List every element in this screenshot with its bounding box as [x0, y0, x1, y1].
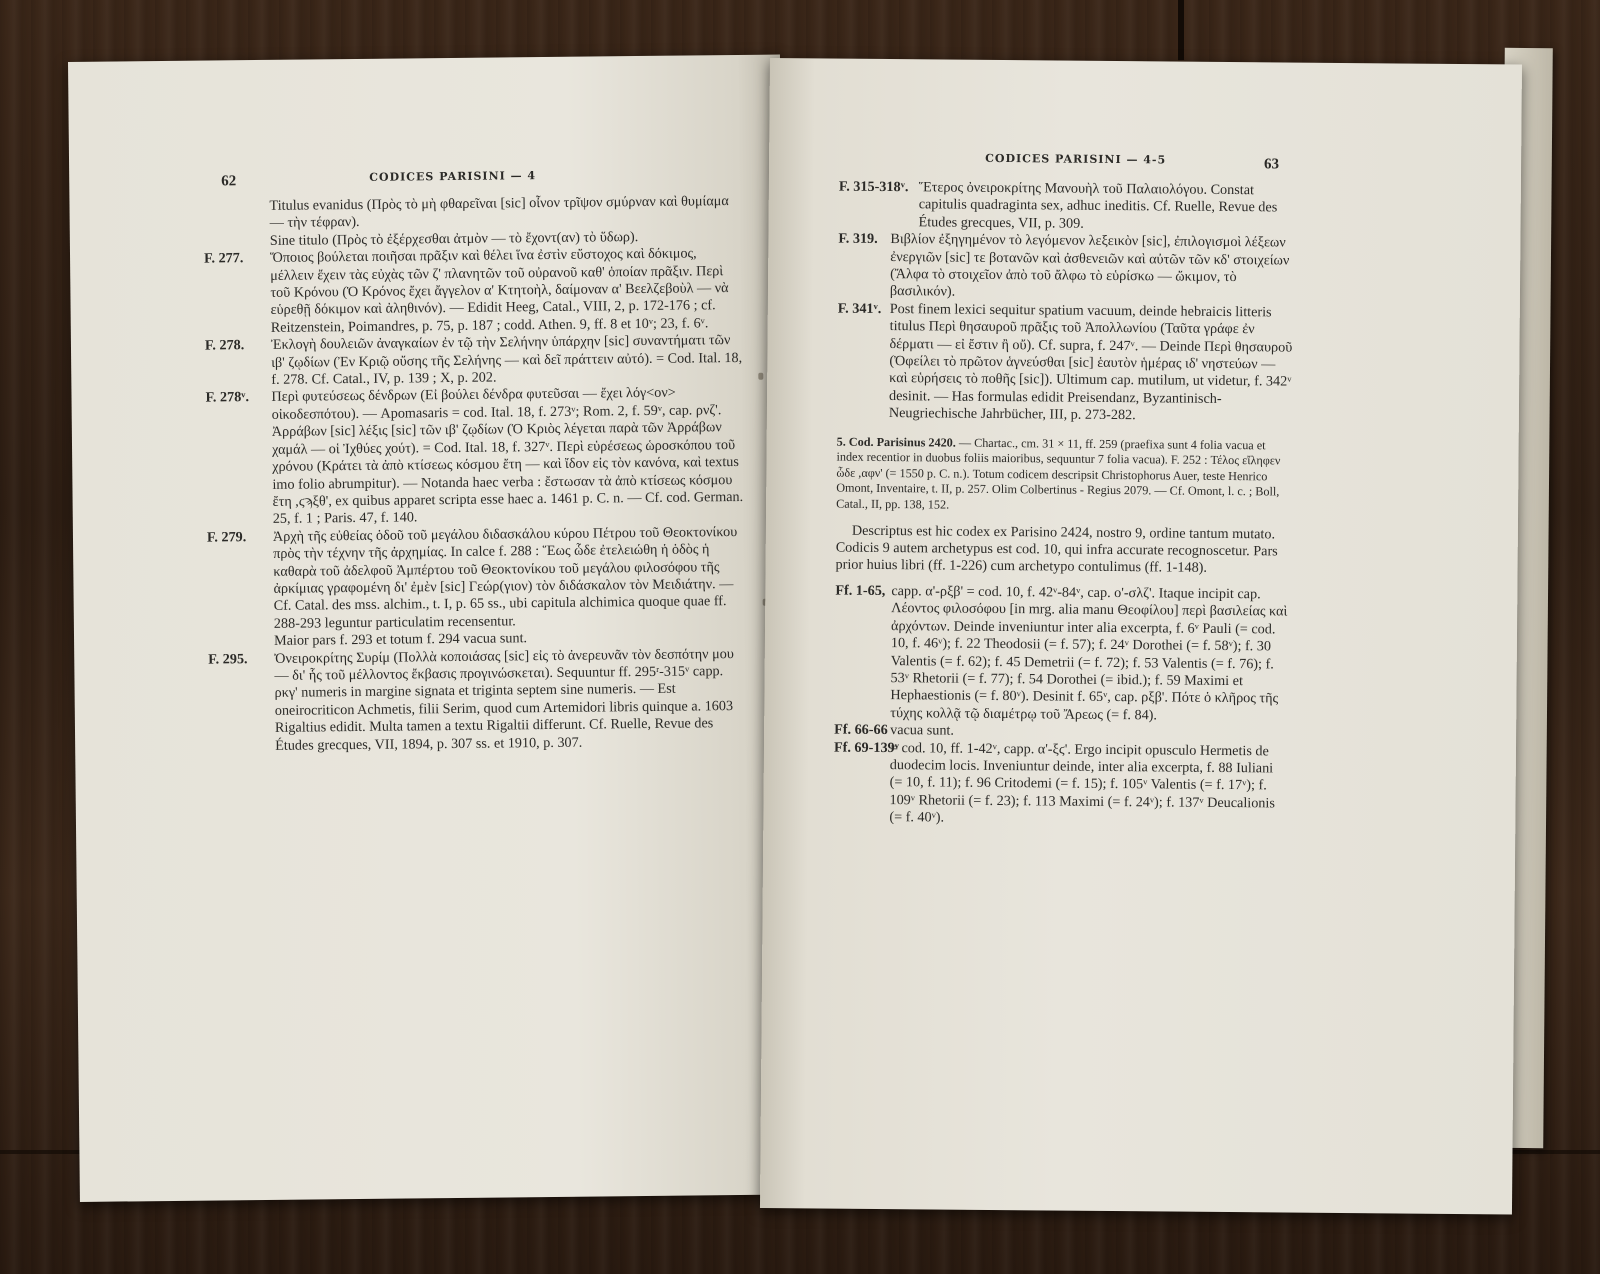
staple-hole: [758, 373, 763, 380]
running-head: CODICES PARISINI — 4-5: [985, 152, 1166, 167]
entry: Titulus evanidus (Πρὸς τὸ μὴ φθαρεῖναι […: [203, 193, 741, 233]
running-head: CODICES PARISINI — 4: [369, 169, 536, 184]
right-page: CODICES PARISINI — 4-5 63 F. 315-318ᵛ. Ἕ…: [760, 58, 1522, 1215]
entry-f277: F. 277. Ὅποιος βούλεται ποιῆσαι πρᾶξιν κ…: [204, 245, 743, 338]
folio-label: Ff. 1-65,: [835, 582, 885, 600]
entry-f319: F. 319. Βιβλίον ἐξηγημένον τὸ λεγόμενον …: [838, 231, 1294, 305]
folio-label: F. 295.: [208, 651, 247, 669]
folio-label: F. 279.: [207, 529, 246, 547]
folio-label: F. 315-318ᵛ.: [839, 179, 909, 197]
entry: Ἀρράβων [sic] λέξις [sic] τῶν ιβ' ζῳδίων…: [206, 419, 745, 529]
entry-f341v: F. 341ᵛ. Post finem lexici sequitur spat…: [837, 300, 1293, 426]
codex-description: 5. Cod. Parisinus 2420. — Chartac., cm. …: [836, 434, 1292, 516]
range-ff69-139: Ff. 69-139ᵛ = cod. 10, ff. 1-42ᵛ, capp. …: [833, 739, 1289, 830]
entry-f279: F. 279. Ἀρχὴ τῆς εὐθείας ὁδοῦ τοῦ μεγάλο…: [207, 524, 746, 634]
folio-label: F. 278ᵛ.: [205, 390, 249, 408]
folio-label: Ff. 66-66: [834, 722, 888, 740]
left-page-text: Titulus evanidus (Πρὸς τὸ μὴ φθαρεῖναι […: [203, 193, 747, 756]
folio-label: F. 341ᵛ.: [838, 300, 882, 318]
page-number: 62: [221, 173, 236, 190]
entry-f315: F. 315-318ᵛ. Ἕτερος ὀνειροκρίτης Μανουὴλ…: [838, 179, 1293, 235]
folio-label: Ff. 69-139ᵛ: [834, 739, 899, 757]
folio-label: F. 319.: [838, 231, 877, 249]
right-page-text: F. 315-318ᵛ. Ἕτερος ὀνειροκρίτης Μανουὴλ…: [833, 179, 1294, 831]
codex-heading: 5. Cod. Parisinus 2420.: [837, 434, 956, 449]
page-number: 63: [1264, 156, 1279, 173]
left-page: 62 CODICES PARISINI — 4 Titulus evanidus…: [68, 55, 792, 1202]
intro-paragraph: Descriptus est hic codex ex Parisino 242…: [835, 522, 1290, 578]
entry-f278: F. 278. Ἐκλογὴ δουλειῶν ἀναγκαίων ἐν τῷ …: [205, 332, 744, 390]
range-ff1-65: Ff. 1-65, capp. α'-ρξβ' = cod. 10, f. 42…: [834, 582, 1290, 725]
folio-label: F. 278.: [205, 337, 244, 355]
entry-f278v: F. 278ᵛ. Περὶ φυτεύσεως δένδρων (Εἰ βούλ…: [205, 384, 743, 424]
folio-label: F. 277.: [204, 250, 243, 268]
table-plank-gap: [1178, 0, 1184, 60]
entry-f295: F. 295. Ὀνειροκρίτης Συρίμ (Πολλὰ κοποιά…: [208, 645, 747, 755]
